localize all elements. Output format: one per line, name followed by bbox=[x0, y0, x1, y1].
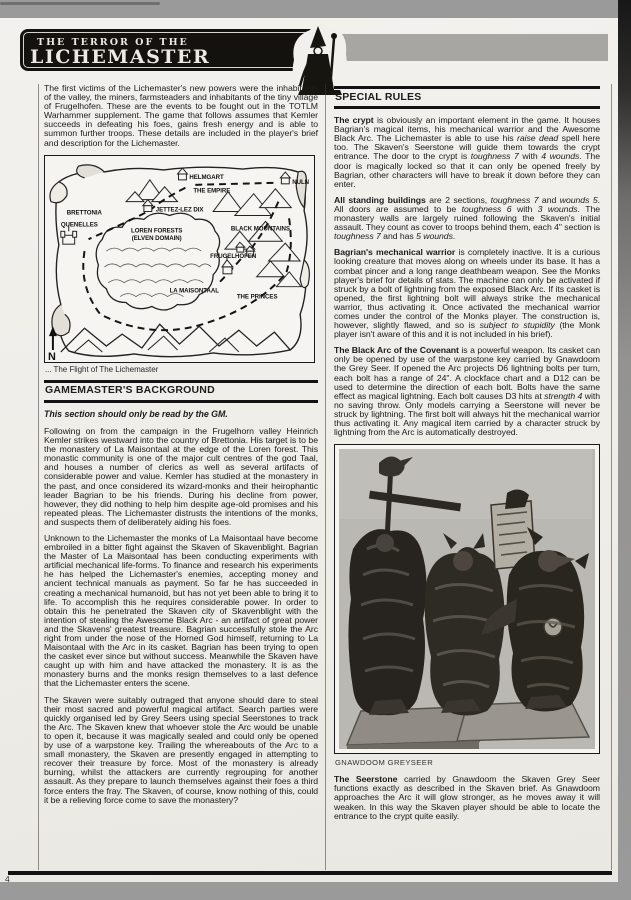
crypt-paragraph: The crypt is obviously an important elem… bbox=[334, 116, 600, 189]
map-figure: HELMGART THE EMPIRE NULN BRETTONIA QUENE… bbox=[44, 155, 315, 363]
map-label-helmgart: HELMGART bbox=[189, 174, 224, 181]
map-label-frugelhofen: FRUGELHOFEN bbox=[210, 253, 257, 260]
lichemaster-banner: The Terror of the Lichemaster bbox=[20, 29, 332, 71]
map-label-nuln: NULN bbox=[292, 178, 309, 185]
gutter-rule bbox=[325, 84, 326, 870]
mechanical-warrior-paragraph: Bagrian's mechanical warrior is complete… bbox=[334, 248, 600, 339]
page-number: 4 bbox=[5, 874, 10, 884]
map-label-loren-1: LOREN FORESTS bbox=[131, 227, 182, 234]
left-column-rule bbox=[38, 84, 39, 870]
skaven-miniatures-photo bbox=[339, 449, 595, 749]
map-label-the-empire: THE EMPIRE bbox=[193, 187, 230, 194]
buildings-paragraph: All standing buildings are 2 sections, t… bbox=[334, 196, 600, 241]
map-label-the-princes: THE PRINCES bbox=[237, 293, 278, 300]
gm-paragraph-1: Following on from the campaign in the Fr… bbox=[44, 427, 318, 527]
scan-edge-smudge bbox=[0, 2, 160, 5]
seerstone-paragraph: The Seerstone carried by Gnawdoom the Sk… bbox=[334, 775, 600, 820]
map-label-quenelles: QUENELLES bbox=[61, 221, 98, 228]
black-arc-paragraph: The Black Arc of the Covenant is a power… bbox=[334, 346, 600, 437]
banner-frame: The Terror of the Lichemaster bbox=[23, 32, 329, 68]
book-page: The Terror of the Lichemaster The first … bbox=[0, 18, 618, 882]
map-label-brettonia: BRETTONIA bbox=[67, 209, 103, 216]
map-label-loren-2: (ELVEN DOMAIN) bbox=[132, 235, 182, 242]
photo-caption: GNAWDOOM GREYSEER bbox=[335, 758, 600, 767]
miniatures-photo-frame bbox=[334, 444, 600, 754]
intro-paragraph: The first victims of the Lichemaster's n… bbox=[44, 84, 318, 148]
map-caption: ... The Flight of The Lichemaster bbox=[45, 365, 318, 374]
gm-paragraph-3: The Skaven were suitably outraged that a… bbox=[44, 696, 318, 805]
left-column: The first victims of the Lichemaster's n… bbox=[44, 84, 318, 812]
right-column-rule bbox=[611, 84, 612, 870]
right-column: SPECIAL RULES The crypt is obviously an … bbox=[334, 86, 600, 828]
scan-right-edge bbox=[618, 0, 631, 900]
gamemaster-background-heading: GAMEMASTER'S BACKGROUND bbox=[44, 380, 318, 403]
scanned-book-page: { "banner": { "title_line1": "The Terror… bbox=[0, 0, 631, 900]
banner-title-line2: Lichemaster bbox=[30, 46, 210, 68]
map-label-black-mountains: BLACK MOUNTAINS bbox=[231, 225, 290, 232]
gm-only-note: This section should only be read by the … bbox=[44, 410, 318, 419]
map-illustration: HELMGART THE EMPIRE NULN BRETTONIA QUENE… bbox=[45, 156, 313, 361]
bottom-rule bbox=[8, 871, 612, 875]
special-rules-heading: SPECIAL RULES bbox=[334, 86, 600, 109]
gm-paragraph-2: Unknown to the Lichemaster the monks of … bbox=[44, 534, 318, 689]
compass-letter: N bbox=[48, 351, 56, 361]
map-label-la-maisontaal: LA MAISONTAAL bbox=[170, 287, 220, 294]
map-label-jettez: JETTEZ-LEZ DIX bbox=[156, 206, 205, 213]
